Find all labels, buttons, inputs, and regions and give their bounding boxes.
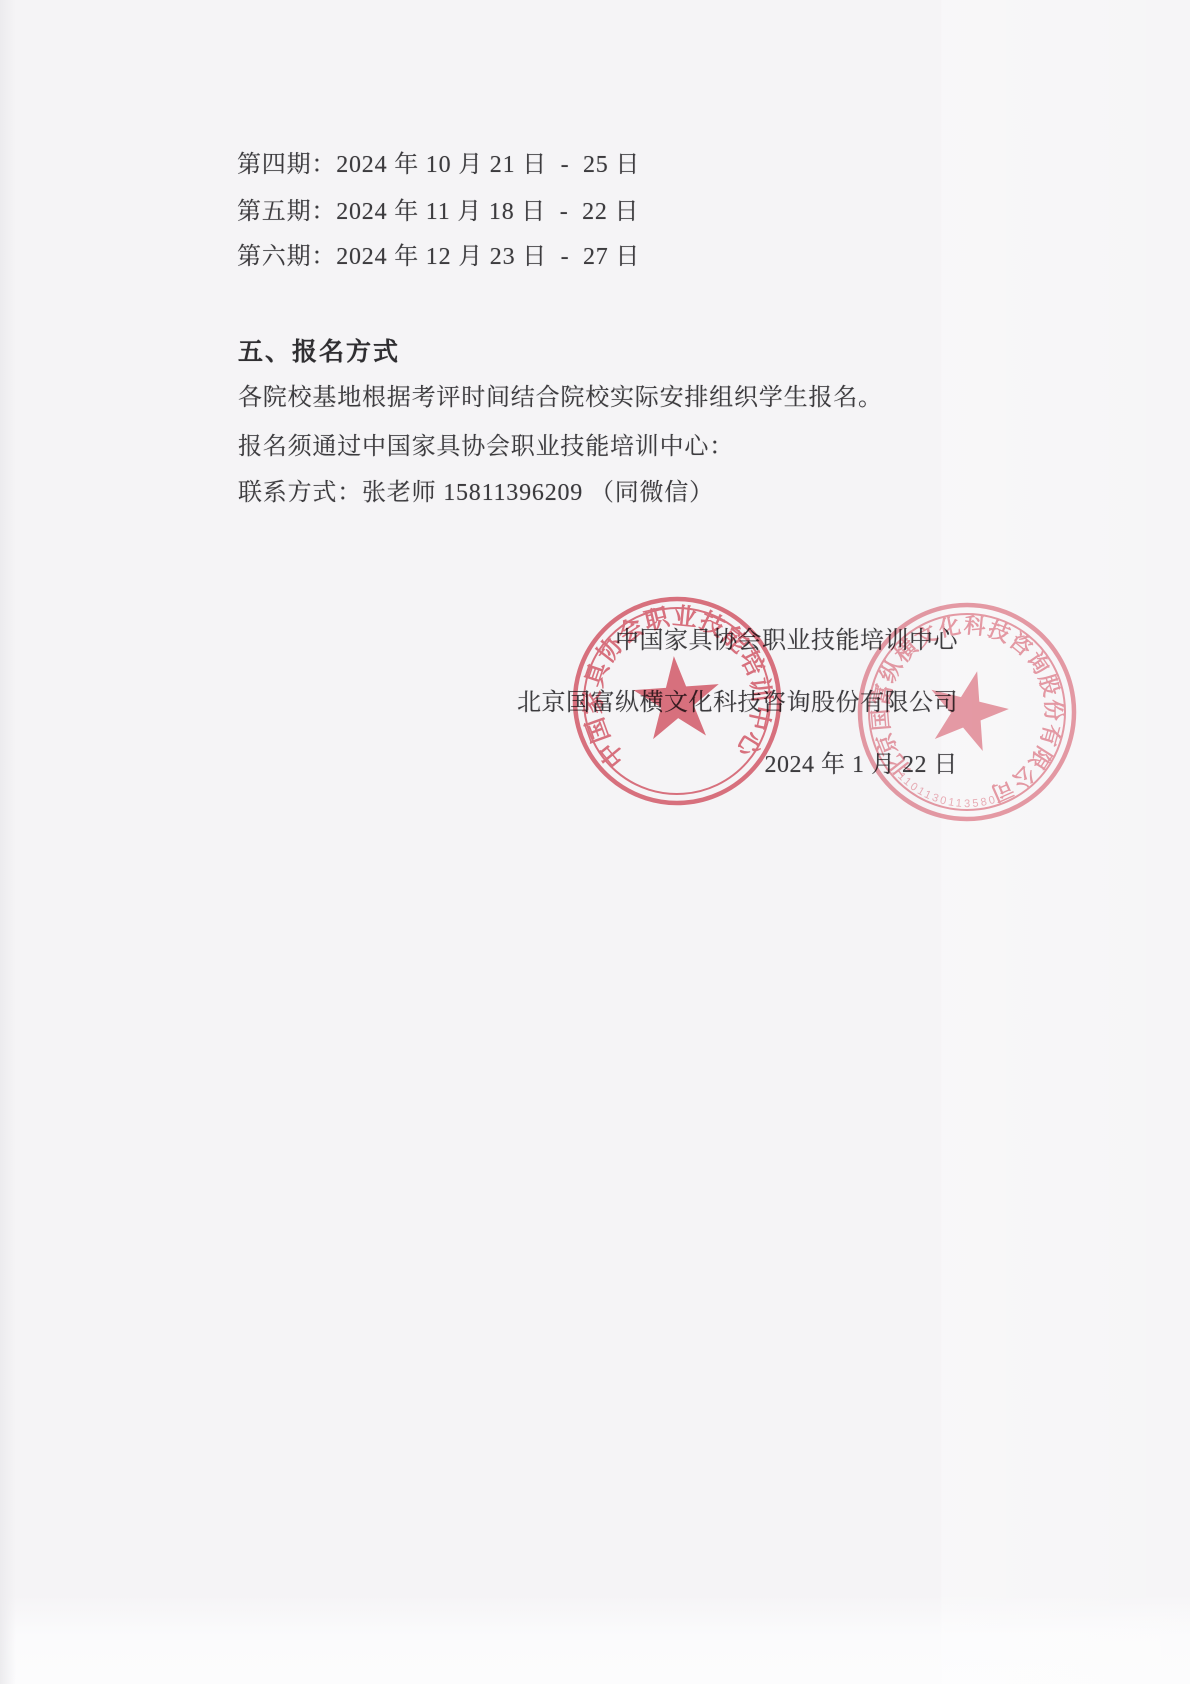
company-seal: 北京国富纵横文化科技咨询股份有限公司 1101130113580 [856, 601, 1078, 823]
schedule-line-5: 第五期：2024 年 11 月 18 日 - 22 日 [237, 198, 639, 226]
schedule-line-4: 第四期：2024 年 10 月 21 日 - 25 日 [237, 151, 640, 179]
seal-serial-number: 1101130113580 [891, 769, 1001, 820]
scanned-document-page: 第四期：2024 年 10 月 21 日 - 25 日 第五期：2024 年 1… [0, 0, 1190, 1684]
schedule-line-6: 第六期：2024 年 12 月 23 日 - 27 日 [237, 243, 640, 271]
star-icon [631, 653, 722, 740]
paragraph-registration: 各院校基地根据考评时间结合院校实际安排组织学生报名。 [238, 384, 883, 412]
paragraph-contact: 联系方式：张老师 15811396209 （同微信） [238, 479, 714, 507]
paragraph-channel: 报名须通过中国家具协会职业技能培训中心： [238, 433, 734, 461]
star-icon [920, 662, 1016, 755]
training-center-seal: 中国家具协会职业技能培训中心 [570, 594, 784, 808]
section-heading: 五、报名方式 [238, 338, 400, 366]
